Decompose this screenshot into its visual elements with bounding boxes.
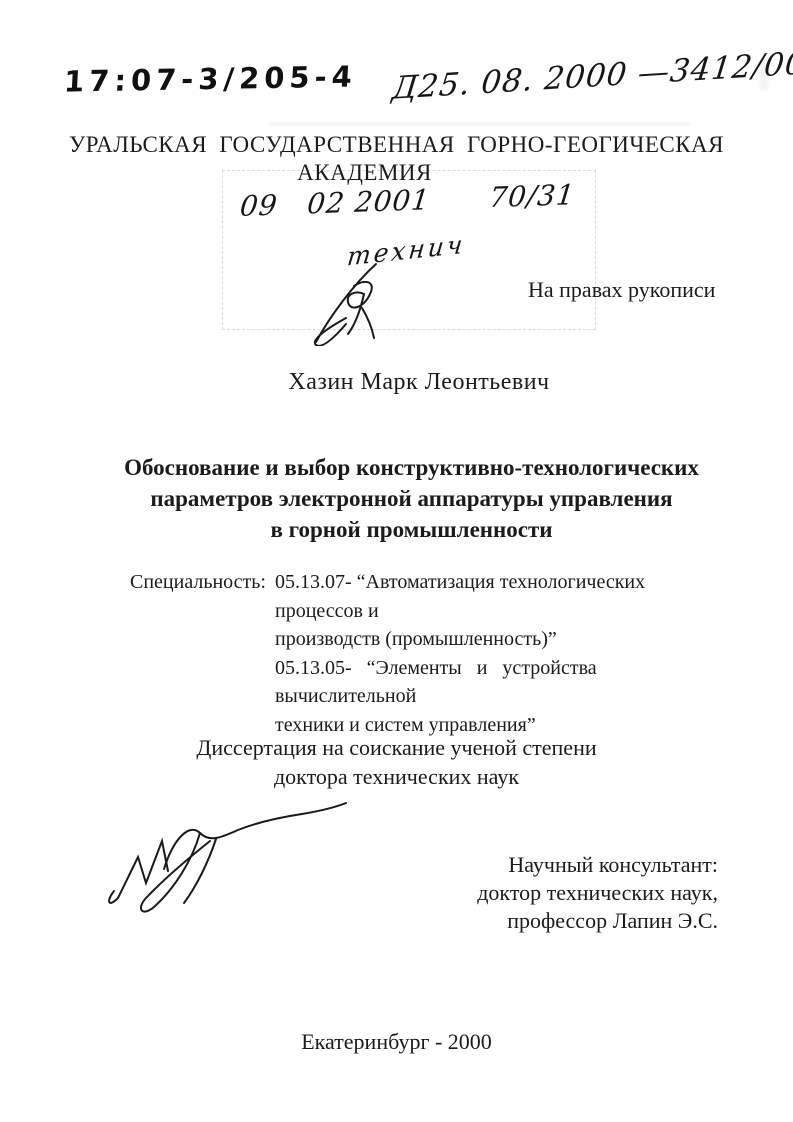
manuscript-rights-note: На правах рукописи — [528, 277, 715, 303]
handwritten-inventory-number: 17:07-3/205-4 — [63, 59, 358, 98]
specialty1-line1: 05.13.07- “Автоматизация технологических… — [275, 568, 730, 625]
signature-large-icon — [98, 795, 360, 920]
consultant-block: Научный консультант: доктор технических … — [477, 851, 718, 935]
city-year: Екатеринбург - 2000 — [0, 1029, 793, 1055]
institution-name-line1: УРАЛЬСКАЯ ГОСУДАРСТВЕННАЯ ГОРНО-ГЕОГИЧЕС… — [0, 131, 793, 159]
dissertation-statement: Диссертация на соискание ученой степени … — [0, 733, 793, 791]
handwritten-accession-number: Д25. 08. 2000 —3412/00 — [390, 45, 793, 107]
title-line1: Обоснование и выбор конструктивно-технол… — [30, 452, 793, 483]
title-line2: параметров электронной аппаратуры управл… — [30, 483, 793, 514]
dissertation-title-page: 17:07-3/205-4 Д25. 08. 2000 —3412/00 УРА… — [0, 0, 793, 1122]
scan-smudge — [760, 60, 768, 90]
author-name: Хазин Марк Леонтьевич — [45, 369, 793, 396]
dissertation-line1: Диссертация на соискание ученой степени — [0, 733, 793, 762]
specialty-label: Специальность: — [130, 568, 266, 739]
scan-smudge — [270, 122, 690, 126]
dissertation-title: Обоснование и выбор конструктивно-технол… — [30, 452, 793, 545]
consultant-line3: профессор Лапин Э.С. — [477, 907, 718, 935]
specialty2-line1: 05.13.05- “Элементы и устройства вычисли… — [275, 654, 730, 711]
consultant-line1: Научный консультант: — [477, 851, 718, 879]
signature-small-icon — [302, 258, 414, 346]
dissertation-line2: доктора технических наук — [0, 762, 793, 791]
title-line3: в горной промышленности — [30, 514, 793, 545]
specialty1-line2: производств (промышленность)” — [275, 625, 730, 654]
consultant-line2: доктор технических наук, — [477, 879, 718, 907]
specialties-block: Специальность: 05.13.07- “Автоматизация … — [130, 568, 730, 739]
specialty-list: 05.13.07- “Автоматизация технологических… — [275, 568, 730, 739]
